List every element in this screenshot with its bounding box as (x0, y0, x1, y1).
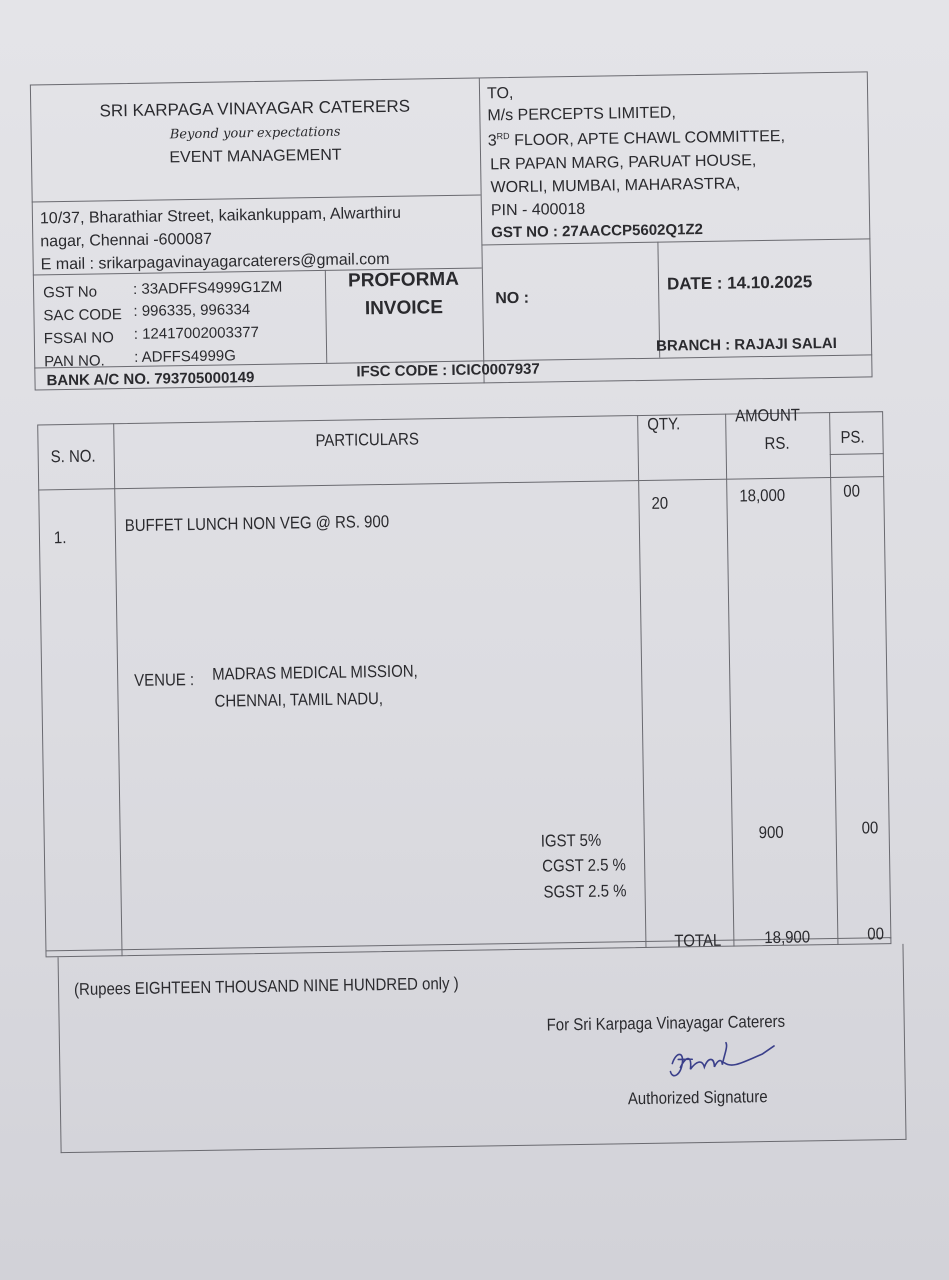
invoice-date: DATE : 14.10.2025 (667, 273, 812, 292)
buyer-pin: PIN - 400018 (491, 202, 586, 219)
bank-account: BANK A/C NO. 793705000149 (46, 370, 254, 388)
invoice-number-label: NO : (495, 291, 529, 308)
buyer-to: TO, (487, 86, 514, 102)
tax-sgst: SGST 2.5 % (543, 882, 626, 900)
item-particulars: BUFFET LUNCH NON VEG @ RS. 900 (125, 513, 390, 534)
tax-cgst: CGST 2.5 % (542, 856, 626, 874)
detail-label: SAC CODE (43, 307, 122, 323)
tax-igst: IGST 5% (541, 832, 602, 850)
invoice-title-line1: PROFORMA (325, 269, 482, 290)
total-amount: 18,900 (764, 928, 810, 946)
detail-label: GST No (43, 285, 97, 301)
seller-details: GST No : 33ADFFS4999G1ZM SAC CODE : 9963… (0, 0, 940, 7)
header-sno: S. NO. (51, 448, 96, 466)
signature-label: Authorized Signature (628, 1088, 768, 1107)
bank-branch: BRANCH : RAJAJI SALAI (656, 336, 837, 354)
detail-label: PAN NO. (44, 353, 105, 369)
venue-line2: CHENNAI, TAMIL NADU, (214, 690, 383, 710)
header-particulars: PARTICULARS (315, 430, 419, 449)
table-row: 1. BUFFET LUNCH NON VEG @ RS. 900 20 18,… (0, 0, 940, 7)
invoice-title-line2: INVOICE (325, 297, 482, 318)
detail-value: : 996335, 996334 (133, 302, 250, 319)
total-ps: 00 (867, 925, 884, 942)
header-amount: AMOUNT (735, 406, 800, 424)
header-rs: RS. (764, 435, 789, 452)
bank-ifsc: IFSC CODE : ICIC0007937 (356, 362, 540, 380)
venue-line1: MADRAS MEDICAL MISSION, (212, 663, 418, 683)
tax-amount: 900 (759, 824, 784, 841)
detail-label: FSSAI NO (44, 330, 114, 346)
tax-ps: 00 (861, 819, 878, 836)
item-sno: 1. (54, 529, 67, 546)
invoice-page: SRI KARPAGA VINAYAGAR CATERERS Beyond yo… (0, 0, 949, 1280)
item-ps: 00 (843, 483, 860, 500)
header-qty: QTY. (647, 415, 680, 433)
detail-value: : ADFFS4999G (134, 348, 236, 365)
for-company: For Sri Karpaga Vinayagar Caterers (547, 1013, 786, 1034)
detail-value: : 12417002003377 (134, 325, 259, 342)
buyer-gst: GST NO : 27AACCP5602Q1Z2 (491, 222, 703, 240)
signature-icon (662, 1040, 803, 1087)
item-amount: 18,000 (739, 487, 785, 505)
venue-label: VENUE : (134, 671, 194, 689)
item-qty: 20 (651, 495, 668, 512)
buyer-name: M/s PERCEPTS LIMITED, (487, 105, 676, 124)
header-ps: PS. (840, 428, 864, 445)
detail-value: : 33ADFFS4999G1ZM (133, 280, 282, 297)
seller-address-line2: nagar, Chennai -600087 (40, 232, 212, 251)
